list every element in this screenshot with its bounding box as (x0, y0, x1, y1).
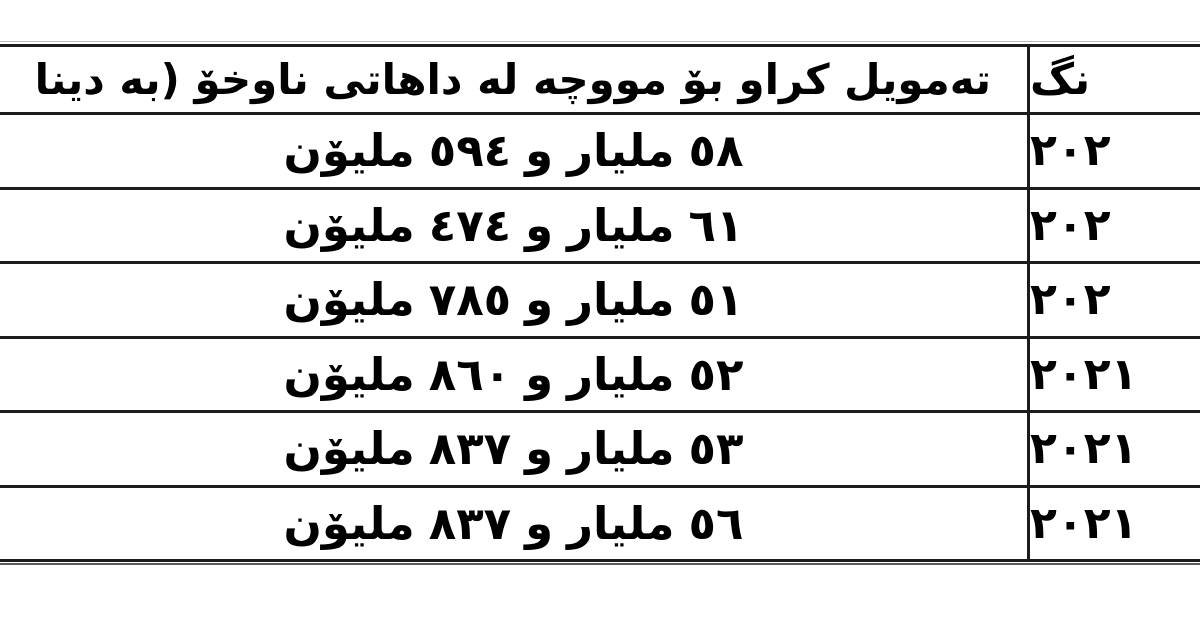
and-word: و (525, 422, 553, 475)
year-value: ٢٠٢ (1030, 125, 1111, 176)
table-row: ٥٢ ملیار و ٨٦٠ ملیۆن ٢٠٢١ (0, 339, 1200, 414)
billions-value: ٥٢ (689, 348, 744, 401)
million-word: ملیۆن (284, 422, 415, 475)
millions-value: ٧٨٥ (429, 273, 511, 326)
funding-amount-cell: ٦١ ملیار و ٤٧٤ ملیۆن (0, 190, 1030, 262)
billions-value: ٦١ (689, 199, 744, 252)
table-row: ٥٨ ملیار و ٥٩٤ ملیۆن ٢٠٢ (0, 115, 1200, 190)
billion-word: ملیار (567, 348, 674, 401)
month-header-cell: نگ (1030, 47, 1200, 112)
million-word: ملیۆن (284, 497, 415, 550)
funding-amount-cell: ٥٢ ملیار و ٨٦٠ ملیۆن (0, 339, 1030, 411)
and-word: و (525, 199, 553, 252)
millions-value: ٨٣٧ (429, 497, 511, 550)
funding-header-cell: تەمویل کراو بۆ مووچە لە داهاتی ناوخۆ (بە… (0, 47, 1030, 112)
year-value: ٢٠٢ (1030, 200, 1111, 251)
billions-value: ٥٦ (689, 497, 744, 550)
funding-amount-cell: ٥٣ ملیار و ٨٣٧ ملیۆن (0, 413, 1030, 485)
millions-value: ٥٩٤ (429, 124, 511, 177)
year-value: ٢٠٢١ (1030, 349, 1137, 400)
and-word: و (525, 497, 553, 550)
billion-word: ملیار (567, 497, 674, 550)
billions-value: ٥١ (689, 273, 744, 326)
billion-word: ملیار (567, 273, 674, 326)
year-cell: ٢٠٢ (1030, 264, 1200, 336)
table-row: ٥٣ ملیار و ٨٣٧ ملیۆن ٢٠٢١ (0, 413, 1200, 488)
billion-word: ملیار (567, 199, 674, 252)
month-header-label: نگ (1030, 55, 1090, 105)
billion-word: ملیار (567, 124, 674, 177)
millions-value: ٤٧٤ (429, 199, 511, 252)
year-cell: ٢٠٢١ (1030, 413, 1200, 485)
page: تەمویل کراو بۆ مووچە لە داهاتی ناوخۆ (بە… (0, 0, 1200, 630)
year-value: ٢٠٢١ (1030, 498, 1137, 549)
billion-word: ملیار (567, 422, 674, 475)
and-word: و (525, 273, 553, 326)
table-row: ٦١ ملیار و ٤٧٤ ملیۆن ٢٠٢ (0, 190, 1200, 265)
year-cell: ٢٠٢١ (1030, 488, 1200, 560)
salary-funding-table: تەمویل کراو بۆ مووچە لە داهاتی ناوخۆ (بە… (0, 44, 1200, 562)
billions-value: ٥٣ (689, 422, 744, 475)
funding-amount-cell: ٥٦ ملیار و ٨٣٧ ملیۆن (0, 488, 1030, 560)
year-cell: ٢٠٢١ (1030, 339, 1200, 411)
year-cell: ٢٠٢ (1030, 190, 1200, 262)
million-word: ملیۆن (284, 273, 415, 326)
table-row: ٥٦ ملیار و ٨٣٧ ملیۆن ٢٠٢١ (0, 488, 1200, 560)
millions-value: ٨٣٧ (429, 422, 511, 475)
funding-header-label: تەمویل کراو بۆ مووچە لە داهاتی ناوخۆ (بە… (35, 55, 991, 104)
year-cell: ٢٠٢ (1030, 115, 1200, 187)
table-row: ٥١ ملیار و ٧٨٥ ملیۆن ٢٠٢ (0, 264, 1200, 339)
and-word: و (525, 348, 553, 401)
million-word: ملیۆن (284, 348, 415, 401)
table-header-row: تەمویل کراو بۆ مووچە لە داهاتی ناوخۆ (بە… (0, 47, 1200, 115)
millions-value: ٨٦٠ (429, 348, 511, 401)
year-value: ٢٠٢١ (1030, 423, 1137, 474)
million-word: ملیۆن (284, 199, 415, 252)
and-word: و (525, 124, 553, 177)
billions-value: ٥٨ (689, 124, 744, 177)
funding-amount-cell: ٥١ ملیار و ٧٨٥ ملیۆن (0, 264, 1030, 336)
funding-amount-cell: ٥٨ ملیار و ٥٩٤ ملیۆن (0, 115, 1030, 187)
year-value: ٢٠٢ (1030, 274, 1111, 325)
million-word: ملیۆن (284, 124, 415, 177)
